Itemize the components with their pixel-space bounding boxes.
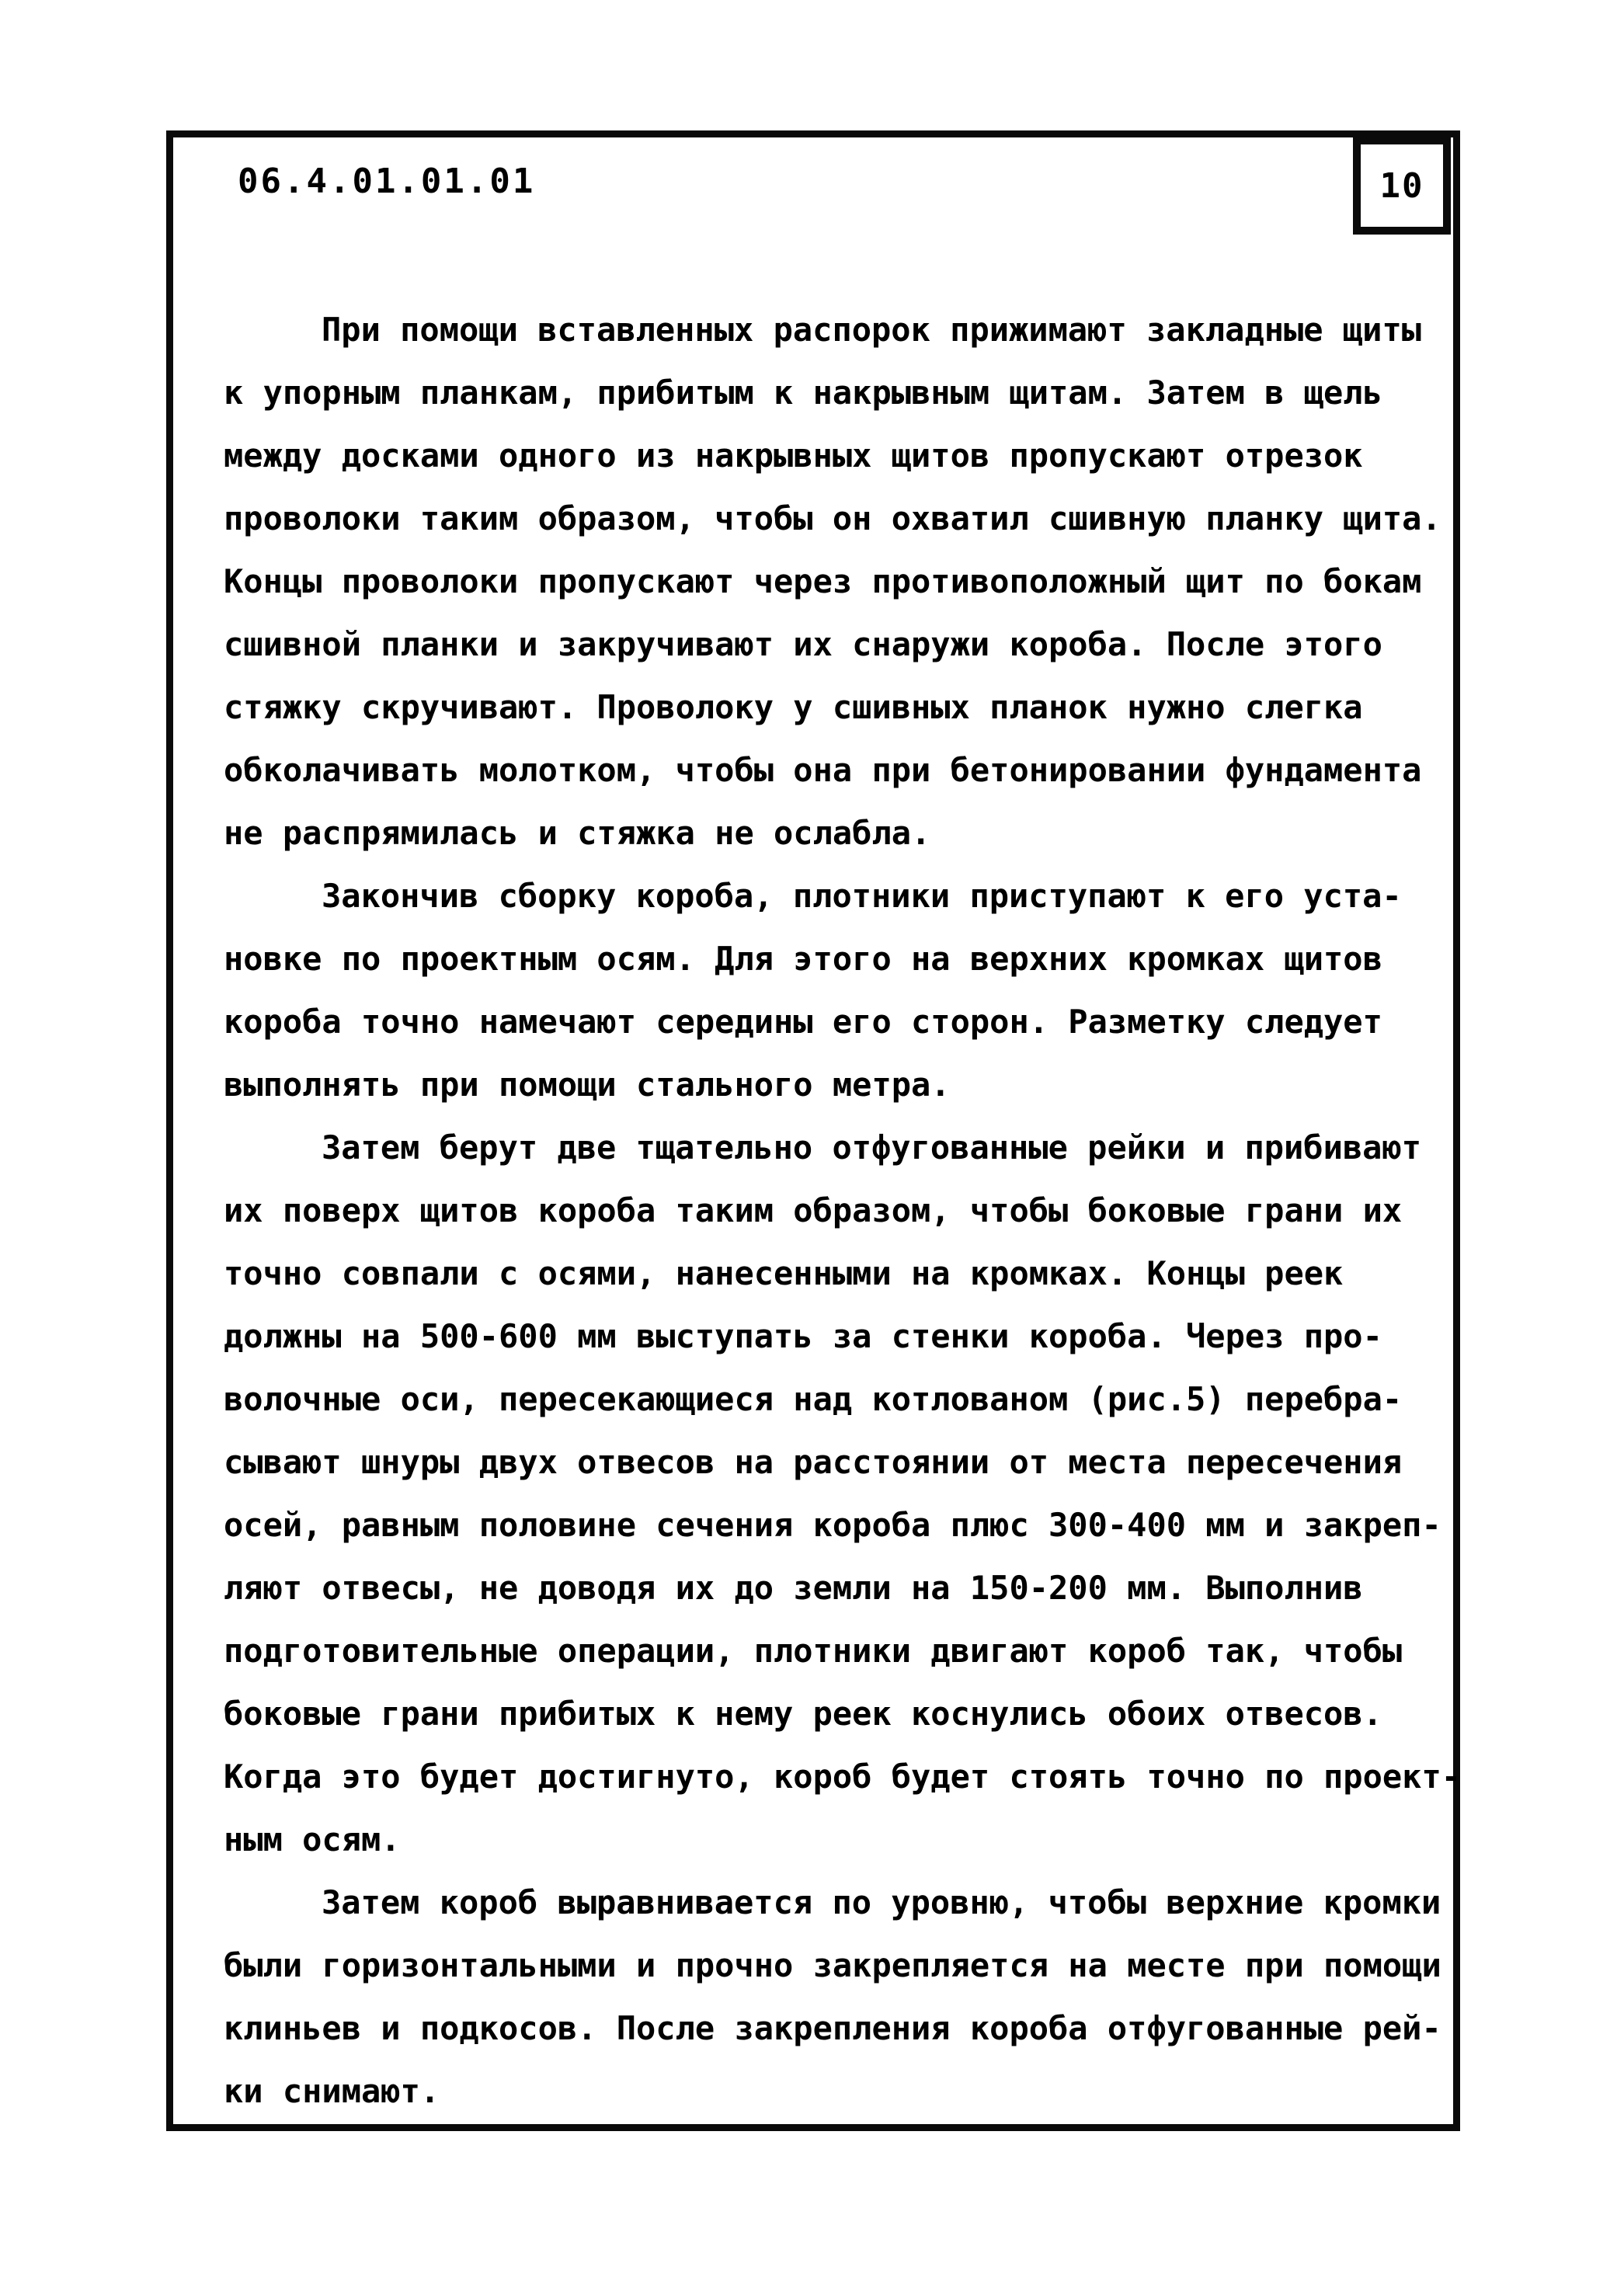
text-line: стяжку скручивают. Проволоку у сшивных п… (224, 676, 1455, 739)
text-line: боковые грани прибитых к нему реек косну… (224, 1682, 1455, 1745)
text-line: к упорным планкам, прибитым к накрывным … (224, 361, 1455, 424)
text-line: короба точно намечают середины его сторо… (224, 990, 1455, 1053)
text-line: Концы проволоки пропускают через противо… (224, 550, 1455, 613)
text-line: сшивной планки и закручивают их снаружи … (224, 613, 1455, 676)
text-line: обколачивать молотком, чтобы она при бет… (224, 739, 1455, 801)
text-line: ным осям. (224, 1808, 1455, 1871)
text-line: должны на 500-600 мм выступать за стенки… (224, 1305, 1455, 1368)
body-text: При помощи вставленных распорок прижимаю… (224, 298, 1455, 2123)
text-line: выполнять при помощи стального метра. (224, 1053, 1455, 1116)
text-line: осей, равным половине сечения короба плю… (224, 1493, 1455, 1556)
text-line: ляют отвесы, не доводя их до земли на 15… (224, 1556, 1455, 1619)
page-number-box: 10 (1353, 137, 1451, 235)
document-code: 06.4.01.01.01 (238, 162, 535, 201)
text-line: Затем берут две тщательно отфугованные р… (224, 1116, 1455, 1179)
text-line: между досками одного из накрывных щитов … (224, 424, 1455, 487)
text-line: их поверх щитов короба таким образом, чт… (224, 1179, 1455, 1242)
text-line: волочные оси, пересекающиеся над котлова… (224, 1368, 1455, 1431)
text-line: Закончив сборку короба, плотники приступ… (224, 864, 1455, 927)
text-line: ки снимают. (224, 2060, 1455, 2123)
text-line: не распрямилась и стяжка не ослабла. (224, 801, 1455, 864)
text-line: Затем короб выравнивается по уровню, что… (224, 1871, 1455, 1934)
page-number: 10 (1380, 166, 1424, 206)
text-line: новке по проектным осям. Для этого на ве… (224, 927, 1455, 990)
text-line: сывают шнуры двух отвесов на расстоянии … (224, 1431, 1455, 1493)
text-line: были горизонтальными и прочно закрепляет… (224, 1934, 1455, 1997)
text-line: Когда это будет достигнуто, короб будет … (224, 1745, 1455, 1808)
text-line: точно совпали с осями, нанесенными на кр… (224, 1242, 1455, 1305)
text-line: подготовительные операции, плотники двиг… (224, 1619, 1455, 1682)
scanned-document-page: 06.4.01.01.01 10 При помощи вставленных … (0, 0, 1624, 2274)
text-line: проволоки таким образом, чтобы он охвати… (224, 487, 1455, 550)
text-line: клиньев и подкосов. После закрепления ко… (224, 1997, 1455, 2060)
text-line: При помощи вставленных распорок прижимаю… (224, 298, 1455, 361)
